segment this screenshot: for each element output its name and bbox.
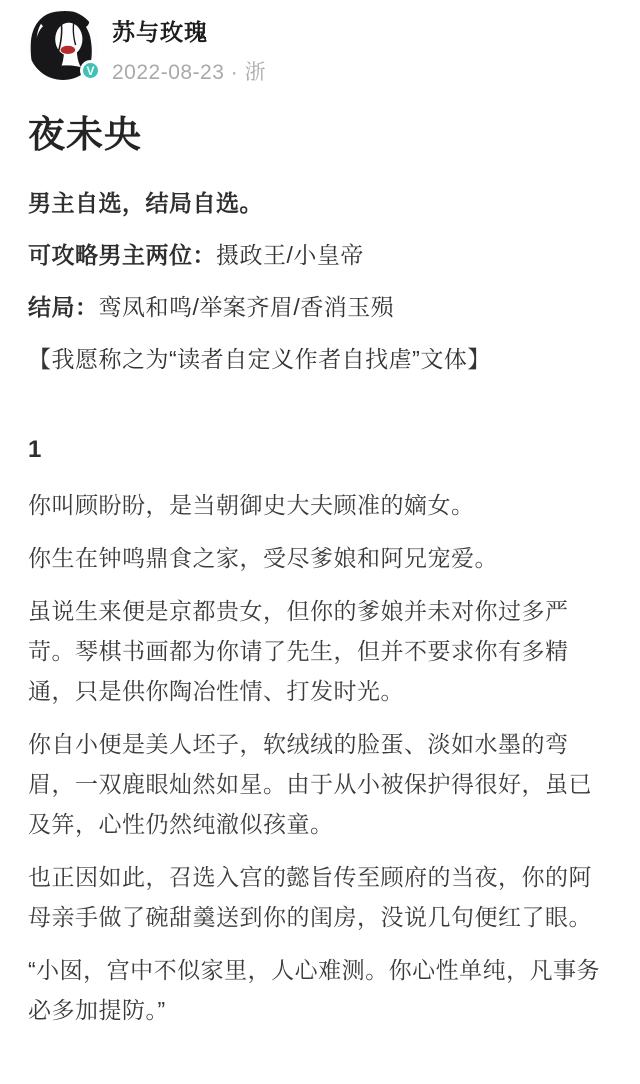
section-number: 1	[28, 435, 612, 465]
meta-line-genre-note: 【我愿称之为“读者自定义作者自找虐”文体】	[28, 344, 612, 374]
post-page: V 苏与玫瑰 2022-08-23 · 浙 夜未央 男主自选，结局自选。 可攻略…	[0, 0, 640, 1050]
article-title: 夜未央	[28, 113, 612, 157]
paragraph: 你生在钟鸣鼎食之家，受尽爹娘和阿兄宠爱。	[28, 538, 612, 578]
username[interactable]: 苏与玫瑰	[112, 14, 266, 47]
paragraph: 虽说生来便是京都贵女，但你的爹娘并未对你过多严苛。琴棋书画都为你请了先生，但并不…	[28, 591, 612, 711]
verified-badge-icon: V	[80, 60, 101, 81]
meta-line-normal-text: 鸾凤和鸣/举案齐眉/香消玉殒	[99, 294, 395, 320]
avatar[interactable]: V	[28, 10, 98, 80]
meta-line-bold-text: 可攻略男主两位：	[28, 242, 216, 268]
meta-line-normal-text: 摄政王/小皇帝	[216, 242, 364, 268]
paragraph: 你叫顾盼盼，是当朝御史大夫顾准的嫡女。	[28, 485, 612, 525]
post-date: 2022-08-23 · 浙	[112, 56, 266, 86]
meta-line-bold-text: 男主自选，结局自选。	[28, 190, 263, 216]
meta-line-male-leads: 可攻略男主两位：摄政王/小皇帝	[28, 240, 612, 270]
post-header: V 苏与玫瑰 2022-08-23 · 浙	[28, 10, 612, 86]
header-text: 苏与玫瑰 2022-08-23 · 浙	[112, 10, 266, 86]
paragraph: “小囡，宫中不似家里，人心难测。你心性单纯，凡事务必多加提防。”	[28, 950, 612, 1030]
meta-line-protagonist-choice: 男主自选，结局自选。	[28, 188, 612, 218]
paragraph: 你自小便是美人坯子，软绒绒的脸蛋、淡如水墨的弯眉，一双鹿眼灿然如星。由于从小被保…	[28, 724, 612, 844]
meta-line-normal-text: 【我愿称之为“读者自定义作者自找虐”文体】	[28, 346, 491, 372]
meta-line-bold-text: 结局：	[28, 294, 99, 320]
meta-line-endings: 结局：鸾凤和鸣/举案齐眉/香消玉殒	[28, 292, 612, 322]
paragraph: 也正因如此，召选入宫的懿旨传至顾府的当夜，你的阿母亲手做了碗甜羹送到你的闺房，没…	[28, 857, 612, 937]
